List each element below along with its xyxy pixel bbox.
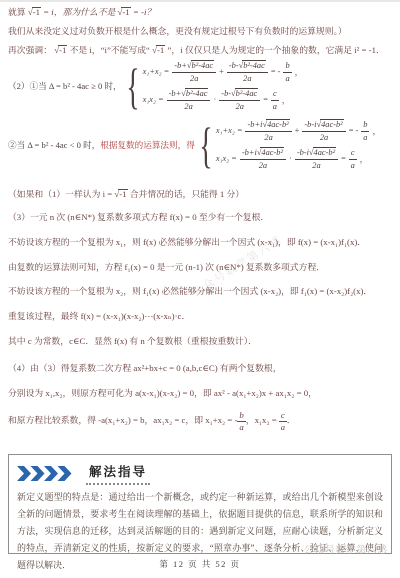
operator: + bbox=[219, 67, 224, 76]
denominator: 2a bbox=[302, 132, 345, 142]
paragraph-constant-c: 其中 c 为常数，c∈C．显然 f(x) 有 n 个复数根（重根按重数计）． bbox=[8, 335, 398, 347]
sqrt-expression: √-1 bbox=[28, 7, 41, 17]
brace-left: { bbox=[199, 122, 212, 168]
text-run: ②当 Δ = b² - 4ac < 0 时， bbox=[8, 140, 100, 150]
fraction-result: ba bbox=[283, 61, 291, 83]
denominator: a bbox=[237, 422, 245, 432]
radicand: 4ac-b² bbox=[320, 119, 344, 129]
denominator: 2a bbox=[219, 101, 260, 111]
numerator: c bbox=[279, 410, 287, 422]
denominator: a bbox=[271, 101, 279, 111]
fraction: -b+i√4ac-b²2a bbox=[240, 147, 286, 170]
denominator: a bbox=[279, 422, 287, 432]
numerator-prefix: -b- bbox=[221, 89, 231, 98]
numerator-prefix: -b+i bbox=[242, 148, 257, 157]
operator: · bbox=[213, 95, 216, 104]
denominator: a bbox=[349, 160, 357, 170]
radicand: -1 bbox=[156, 45, 165, 56]
fraction: -b+√b²-4ac2a bbox=[172, 60, 216, 83]
sqrt-expression: √-1 bbox=[152, 45, 165, 55]
equals-sign: = - bbox=[349, 126, 359, 135]
fraction: -b-√b²-4ac2a bbox=[227, 60, 268, 83]
operator: + bbox=[295, 126, 300, 135]
paragraph-vieta-conclusion: 和原方程比较系数，得 -a(x₁+x₂) = b，ax₁x₂ = c，即 x₁+… bbox=[8, 410, 398, 432]
text-run: 合并情况的话，只能得 1 分） bbox=[130, 189, 244, 199]
radicand: 4ac-b² bbox=[313, 147, 337, 157]
numerator-prefix: -b+ bbox=[169, 89, 182, 98]
numerator-prefix: -b+i bbox=[247, 120, 262, 129]
paragraph-factored-form: 分别设为 x₁,x₂，则原方程可化为 a(x-x₁)(x-x₂) = 0，即 a… bbox=[8, 387, 398, 399]
text-run: ”，i 仅仅只是人为规定的一个抽象的数，它满足 i² = -1． bbox=[168, 45, 385, 55]
text-run: （如果和（1）一样认为 i = bbox=[8, 189, 112, 199]
numerator-prefix: -b- bbox=[229, 61, 239, 70]
paragraph-emphasis: 再次强调： √-1 不是 i，“i”不能写成“ √-1 ”，i 仅仅只是人为规定… bbox=[8, 44, 398, 56]
radicand: 4ac-b² bbox=[260, 147, 284, 157]
chevrons-right-icon bbox=[17, 466, 79, 481]
guidance-header: 解法指导 bbox=[9, 455, 391, 486]
equation-column: x₁+x₂ = -b+i√4ac-b²2a + -b-i√4ac-b²2a = … bbox=[216, 119, 381, 170]
red-emphasis: 得 bbox=[186, 140, 195, 150]
denominator: 2a bbox=[172, 73, 216, 83]
numerator: c bbox=[271, 89, 279, 101]
equation-row: x₁+x₂ = -b+i√4ac-b²2a + -b-i√4ac-b²2a = … bbox=[216, 119, 381, 142]
sqrt-expression: √4ac-b² bbox=[257, 148, 284, 157]
document-page: 就算 √-1 = i，那为什么不是 √-1 = -i？ 我们从来没定义过对负数开… bbox=[0, 0, 400, 578]
equation-lhs: x₁x₂ = bbox=[143, 95, 164, 104]
radicand: b²-4ac bbox=[191, 60, 215, 70]
denominator: a bbox=[283, 73, 291, 83]
case-label: （2）①当 Δ = b² - 4ac ≥ 0 时， bbox=[8, 80, 122, 92]
numerator: b bbox=[237, 410, 245, 422]
guidance-title: 解法指导 bbox=[86, 462, 150, 485]
equation-lhs: x₁x₂ = bbox=[216, 154, 237, 163]
paragraph-root-x1: 不妨设该方程的一个复根为 x₁，则 f(x) 必然能够分解出一个因式 (x-x₁… bbox=[8, 236, 398, 248]
denominator: a bbox=[361, 132, 369, 142]
text-run: 和原方程比较系数，得 -a(x₁+x₂) = b，ax₁x₂ = c，即 x₁+… bbox=[8, 415, 237, 425]
denominator: 2a bbox=[295, 160, 338, 170]
denominator: 2a bbox=[240, 160, 286, 170]
fraction-result: ba bbox=[237, 410, 245, 432]
sqrt-expression: √4ac-b² bbox=[262, 120, 289, 129]
operator: · bbox=[289, 154, 292, 163]
solution-guidance-box: 解法指导 新定义题型的特点是：通过给出一个新概念，或约定一种新运算，或给出几个新… bbox=[8, 454, 392, 554]
sqrt-expression: √4ac-b² bbox=[316, 120, 343, 129]
radicand: b²-4ac bbox=[185, 88, 209, 98]
paragraph-item3: （3）一元 n 次 (n∈N*) 复系数多项式方程 f(x) = 0 至少有一个… bbox=[8, 211, 398, 223]
fraction-result: ba bbox=[361, 120, 369, 142]
numerator-prefix: -b+ bbox=[174, 61, 187, 70]
equals-sign: = - bbox=[271, 67, 281, 76]
denominator: 2a bbox=[245, 132, 291, 142]
equation-row: x₁x₂ = -b+√b²-4ac2a · -b-√b²-4ac2a = ca … bbox=[143, 88, 303, 111]
radicand: -1 bbox=[121, 7, 130, 18]
equation-system-delta-nonnegative: （2）①当 Δ = b² - 4ac ≥ 0 时， { x₁+x₂ = -b+√… bbox=[8, 60, 303, 111]
radicand: b²-4ac bbox=[242, 60, 266, 70]
numerator-prefix: -b-i bbox=[304, 120, 316, 129]
sqrt-expression: √-1 bbox=[54, 45, 67, 55]
radicand: -1 bbox=[58, 45, 67, 56]
fraction: -b+√b²-4ac2a bbox=[167, 88, 211, 111]
equation-row: x₁+x₂ = -b+√b²-4ac2a + -b-√b²-4ac2a = - … bbox=[143, 60, 303, 83]
equation-column: x₁+x₂ = -b+√b²-4ac2a + -b-√b²-4ac2a = - … bbox=[143, 60, 303, 111]
brace-left: { bbox=[126, 63, 139, 109]
sqrt-expression: √b²-4ac bbox=[239, 61, 266, 70]
numerator: b bbox=[361, 120, 369, 132]
sqrt-expression: √b²-4ac bbox=[187, 61, 214, 70]
sqrt-expression: √b²-4ac bbox=[181, 89, 208, 98]
fraction-result: ca bbox=[271, 89, 279, 111]
punctuation: ， bbox=[372, 125, 380, 137]
red-emphasis: 根据复数的运算法则， bbox=[100, 140, 186, 150]
paragraph-degree-n-1: 由复数的运算法则可知，方程 f₁(x) = 0 是一元 (n-1) 次 (n∈N… bbox=[8, 261, 398, 273]
radicand: -1 bbox=[32, 7, 41, 18]
equation-row: x₁x₂ = -b+i√4ac-b²2a · -b-i√4ac-b²2a = c… bbox=[216, 147, 381, 170]
equals-sign: = bbox=[341, 154, 346, 163]
text-run: 不是 i，“i”不能写成“ bbox=[70, 45, 150, 55]
fraction: -b-√b²-4ac2a bbox=[219, 88, 260, 111]
equation-system-delta-negative: ②当 Δ = b² - 4ac < 0 时，根据复数的运算法则，得 { x₁+x… bbox=[8, 119, 381, 170]
fraction: -b-i√4ac-b²2a bbox=[295, 147, 338, 170]
math-run: = i，那为什么不是 bbox=[43, 7, 115, 17]
sqrt-expression: √-1 bbox=[114, 189, 127, 199]
denominator: 2a bbox=[167, 101, 211, 111]
text-run: ． bbox=[287, 415, 296, 425]
numerator-prefix: -b-i bbox=[297, 148, 309, 157]
text-run: ，x₁x₂ = bbox=[246, 415, 277, 425]
page-number: 第 12 页 共 52 页 bbox=[0, 558, 400, 570]
punctuation: ， bbox=[360, 153, 368, 165]
numerator: c bbox=[349, 148, 357, 160]
sqrt-expression: √4ac-b² bbox=[309, 148, 336, 157]
case-label: ②当 Δ = b² - 4ac < 0 时，根据复数的运算法则，得 bbox=[8, 139, 195, 151]
text-run: 我们从来没定义过对负数开根是什么概念，更没有规定过根号下有负数时的运算规则。） bbox=[8, 26, 347, 36]
radicand: b²-4ac bbox=[235, 88, 259, 98]
text-run: 就算 bbox=[8, 7, 26, 17]
page-top-edge bbox=[0, 0, 400, 2]
punctuation: ， bbox=[282, 94, 290, 106]
fraction-result: ca bbox=[279, 410, 287, 432]
denominator: 2a bbox=[227, 73, 268, 83]
equation-lhs: x₁+x₂ = bbox=[143, 67, 170, 76]
sqrt-expression: √b²-4ac bbox=[231, 89, 258, 98]
fraction-result: ca bbox=[349, 148, 357, 170]
radicand: -1 bbox=[118, 189, 127, 200]
equation-lhs: x₁+x₂ = bbox=[216, 126, 243, 135]
math-run: = -i？ bbox=[133, 7, 155, 17]
paragraph-no-definition: 我们从来没定义过对负数开根是什么概念，更没有规定过根号下有负数时的运算规则。） bbox=[8, 25, 398, 37]
text-run: 再次强调： bbox=[8, 45, 52, 55]
paragraph-repeat-process: 重复该过程，最终 f(x) = (x-x₁)(x-x₂)⋯(x-xₙ)·c． bbox=[8, 310, 398, 322]
paragraph-score-note: （如果和（1）一样认为 i = √-1 合并情况的话，只能得 1 分） bbox=[8, 188, 398, 200]
radicand: 4ac-b² bbox=[266, 119, 290, 129]
punctuation: ， bbox=[295, 66, 303, 78]
fraction: -b+i√4ac-b²2a bbox=[245, 119, 291, 142]
equals-sign: = bbox=[263, 95, 268, 104]
watermark: 公众号数学第六感 bbox=[304, 542, 388, 556]
paragraph-item4: （4）由（3）得复系数二次方程 ax²+bx+c = 0 (a,b,c∈C) 有… bbox=[8, 362, 398, 374]
sqrt-expression: √-1 bbox=[118, 7, 131, 17]
paragraph-sqrt-question: 就算 √-1 = i，那为什么不是 √-1 = -i？ bbox=[8, 6, 398, 18]
numerator: b bbox=[283, 61, 291, 73]
fraction: -b-i√4ac-b²2a bbox=[302, 119, 345, 142]
